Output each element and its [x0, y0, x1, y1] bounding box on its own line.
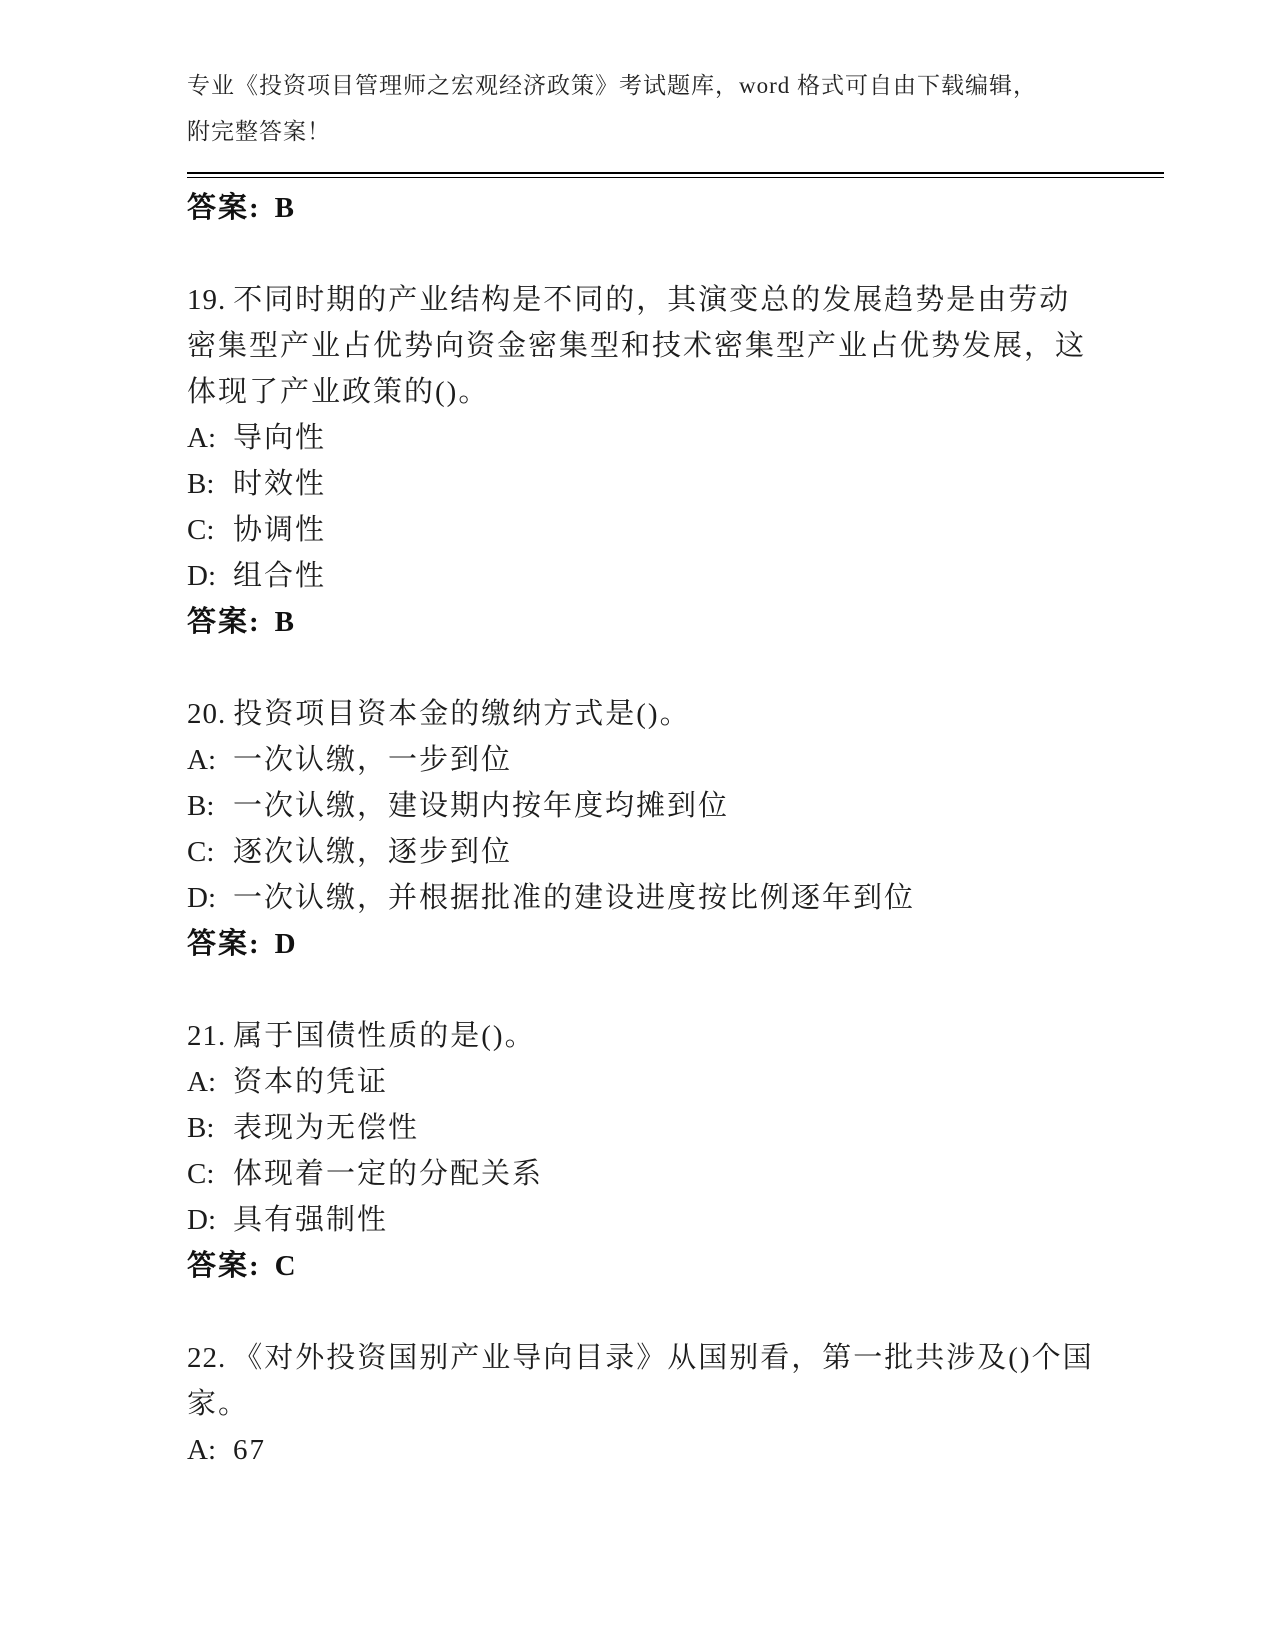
question-21-option-d: D:具有强制性: [187, 1197, 1097, 1243]
option-label: C:: [187, 829, 219, 875]
answer-value: D: [275, 928, 296, 960]
question-19-option-c: C:协调性: [187, 507, 1097, 553]
question-20-option-c: C:逐次认缴，逐步到位: [187, 829, 1097, 875]
answer-value: B: [275, 606, 294, 638]
option-label: A:: [187, 737, 219, 783]
question-21-body: 属于国债性质的是()。: [233, 1020, 535, 1052]
answer-label: 答案:: [187, 1250, 261, 1282]
question-21-option-a: A:资本的凭证: [187, 1059, 1097, 1105]
answer-value: B: [275, 192, 294, 224]
question-19-number: 19.: [187, 284, 226, 316]
page-header-line1: 专业《投资项目管理师之宏观经济政策》考试题库，word 格式可自由下载编辑，: [187, 63, 1097, 109]
option-text: 协调性: [233, 514, 326, 546]
question-19-option-d: D:组合性: [187, 553, 1097, 599]
option-label: D:: [187, 553, 219, 599]
option-label: D:: [187, 875, 219, 921]
question-22: 22.《对外投资国别产业导向目录》从国别看，第一批共涉及()个国家。 A:67: [187, 1335, 1097, 1473]
question-21: 21.属于国债性质的是()。 A:资本的凭证 B:表现为无偿性 C:体现着一定的…: [187, 1013, 1097, 1289]
option-text: 导向性: [233, 422, 326, 454]
question-21-answer: 答案:C: [187, 1243, 1097, 1289]
option-text: 组合性: [233, 560, 326, 592]
answer-value: C: [275, 1250, 296, 1282]
option-label: B:: [187, 461, 219, 507]
page-header-line2: 附完整答案！: [187, 109, 1097, 155]
question-20-number: 20.: [187, 698, 226, 730]
question-19: 19.不同时期的产业结构是不同的，其演变总的发展趋势是由劳动密集型产业占优势向资…: [187, 277, 1097, 645]
option-text: 资本的凭证: [233, 1066, 388, 1098]
answer-label: 答案:: [187, 606, 261, 638]
question-21-option-b: B:表现为无偿性: [187, 1105, 1097, 1151]
option-label: B:: [187, 1105, 219, 1151]
question-19-body: 不同时期的产业结构是不同的，其演变总的发展趋势是由劳动密集型产业占优势向资金密集…: [187, 284, 1086, 408]
question-21-text: 21.属于国债性质的是()。: [187, 1013, 1097, 1059]
option-label: A:: [187, 1059, 219, 1105]
option-label: D:: [187, 1197, 219, 1243]
option-text: 体现着一定的分配关系: [233, 1158, 543, 1190]
question-19-answer: 答案:B: [187, 599, 1097, 645]
option-text: 67: [233, 1434, 266, 1466]
option-text: 时效性: [233, 468, 326, 500]
option-text: 表现为无偿性: [233, 1112, 419, 1144]
question-22-option-a: A:67: [187, 1427, 1097, 1473]
question-21-number: 21.: [187, 1020, 226, 1052]
question-20-option-b: B:一次认缴，建设期内按年度均摊到位: [187, 783, 1097, 829]
question-22-number: 22.: [187, 1342, 226, 1374]
question-19-option-b: B:时效性: [187, 461, 1097, 507]
option-text: 一次认缴，建设期内按年度均摊到位: [233, 790, 729, 822]
option-label: C:: [187, 1151, 219, 1197]
question-20-body: 投资项目资本金的缴纳方式是()。: [233, 698, 690, 730]
option-text: 一次认缴，一步到位: [233, 744, 512, 776]
question-20-option-a: A:一次认缴，一步到位: [187, 737, 1097, 783]
question-22-body: 《对外投资国别产业导向目录》从国别看，第一批共涉及()个国家。: [187, 1342, 1094, 1420]
option-label: C:: [187, 507, 219, 553]
option-text: 逐次认缴，逐步到位: [233, 836, 512, 868]
answer-label: 答案:: [187, 192, 261, 224]
question-20-option-d: D:一次认缴，并根据批准的建设进度按比例逐年到位: [187, 875, 1097, 921]
option-label: A:: [187, 1427, 219, 1473]
question-20-text: 20.投资项目资本金的缴纳方式是()。: [187, 691, 1097, 737]
section-divider: [187, 172, 1164, 178]
option-label: A:: [187, 415, 219, 461]
option-text: 具有强制性: [233, 1204, 388, 1236]
question-20: 20.投资项目资本金的缴纳方式是()。 A:一次认缴，一步到位 B:一次认缴，建…: [187, 691, 1097, 967]
question-21-option-c: C:体现着一定的分配关系: [187, 1151, 1097, 1197]
option-text: 一次认缴，并根据批准的建设进度按比例逐年到位: [233, 882, 915, 914]
question-19-option-a: A:导向性: [187, 415, 1097, 461]
page-header: 专业《投资项目管理师之宏观经济政策》考试题库，word 格式可自由下载编辑， 附…: [187, 63, 1097, 155]
question-19-text: 19.不同时期的产业结构是不同的，其演变总的发展趋势是由劳动密集型产业占优势向资…: [187, 277, 1097, 415]
question-22-text: 22.《对外投资国别产业导向目录》从国别看，第一批共涉及()个国家。: [187, 1335, 1097, 1427]
question-20-answer: 答案:D: [187, 921, 1097, 967]
option-label: B:: [187, 783, 219, 829]
document-page: 专业《投资项目管理师之宏观经济政策》考试题库，word 格式可自由下载编辑， 附…: [187, 63, 1097, 1473]
previous-question-answer: 答案:B: [187, 185, 1097, 231]
answer-label: 答案:: [187, 928, 261, 960]
